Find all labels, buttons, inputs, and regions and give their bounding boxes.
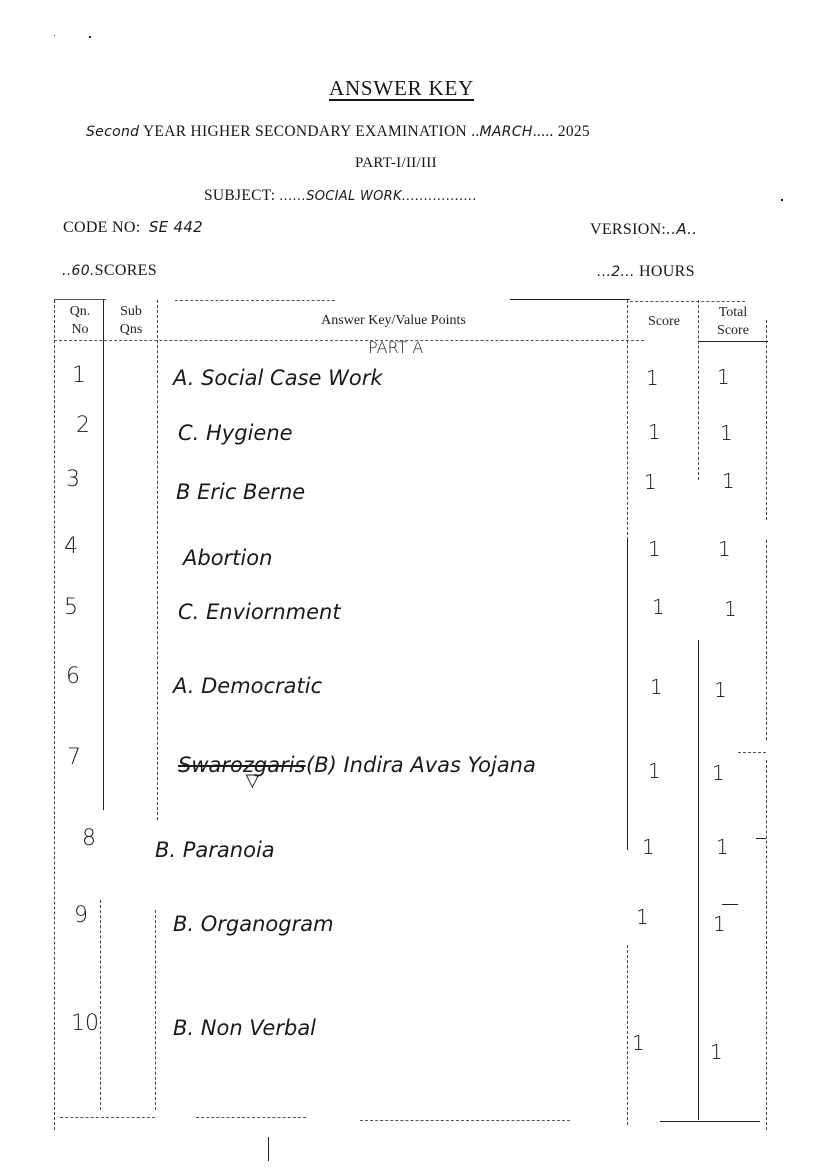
question-number: 3: [66, 467, 80, 492]
scores-label: SCORES: [95, 262, 157, 279]
answer-value: B. Organogram: [173, 912, 334, 936]
question-number: 10: [71, 1011, 99, 1036]
subject-value: ......SOCIAL WORK.................: [280, 189, 478, 204]
score-value: 1: [646, 366, 659, 390]
column-header-score: Score: [630, 313, 698, 331]
scan-speck: [54, 35, 55, 36]
table-border: [196, 1117, 306, 1118]
answer-value: B. Paranoia: [155, 838, 275, 862]
page-mark: [268, 1137, 269, 1161]
total-score-value: 1: [714, 678, 727, 702]
part-label: PART-I/II/III: [355, 155, 437, 172]
header-line: No: [58, 321, 102, 339]
answer-value: B Eric Berne: [176, 480, 305, 504]
hours-value: ...2...: [597, 264, 635, 280]
question-number: 1: [72, 363, 86, 388]
code-label: CODE NO:: [63, 219, 141, 236]
table-border: [722, 904, 738, 905]
table-border: [103, 300, 104, 810]
struck-answer: Swarozgaris: [178, 753, 306, 777]
score-value: 1: [650, 675, 663, 699]
column-header-sub: Sub Qns: [105, 303, 157, 339]
table-border: [698, 640, 699, 1120]
page-title: ANSWER KEY: [329, 76, 474, 101]
table-border: [627, 540, 628, 850]
table-border: [360, 1120, 570, 1121]
table-border: [630, 301, 745, 302]
question-number: 6: [66, 664, 80, 689]
total-score-value: 1: [716, 835, 729, 859]
total-score-value: 1: [718, 537, 731, 561]
subject-label: SUBJECT:: [204, 187, 275, 204]
table-border: [660, 1121, 760, 1122]
table-border: [100, 900, 101, 1110]
question-number: 7: [67, 745, 81, 770]
exam-line: Second YEAR HIGHER SECONDARY EXAMINATION…: [86, 123, 590, 141]
score-value: 1: [648, 759, 661, 783]
scores-line: ..60.SCORES: [62, 262, 157, 280]
exam-title-text: YEAR HIGHER SECONDARY EXAMINATION: [143, 123, 467, 140]
column-header-qn: Qn. No: [58, 303, 102, 339]
total-score-value: 1: [720, 421, 733, 445]
score-value: 1: [642, 835, 655, 859]
exam-year-handwritten: Second: [86, 124, 139, 140]
table-border: [54, 340, 644, 341]
section-label: PART A: [368, 338, 423, 357]
table-border: [766, 760, 767, 1130]
table-border: [155, 910, 156, 1110]
scan-speck: [781, 199, 783, 201]
table-border: [766, 320, 767, 520]
scores-value: ..60.: [62, 263, 95, 279]
insertion-caret-icon: ▽: [246, 770, 260, 791]
month-prefix: ..: [471, 123, 479, 140]
header-line: Qns: [105, 321, 157, 339]
column-header-total: Total Score: [700, 304, 766, 340]
question-number: 9: [74, 903, 88, 928]
version-value: ..A..: [666, 220, 697, 238]
question-number: 2: [76, 413, 90, 438]
total-score-value: 1: [717, 365, 730, 389]
version-label: VERSION:: [590, 221, 666, 238]
score-value: 1: [652, 595, 665, 619]
score-value: 1: [632, 1031, 645, 1055]
hours-label: HOURS: [639, 263, 695, 280]
score-value: 1: [636, 905, 649, 929]
table-border: [766, 540, 767, 740]
total-score-value: 1: [722, 469, 735, 493]
table-border: [54, 300, 55, 1130]
answer-value: A. Democratic: [173, 674, 322, 698]
total-score-value: 1: [713, 912, 726, 936]
header-line: Score: [700, 322, 766, 340]
question-number: 5: [64, 595, 78, 620]
table-border: [738, 752, 766, 753]
table-border: [698, 300, 699, 480]
header-line: Total: [700, 304, 766, 322]
table-border: [510, 299, 630, 300]
table-border: [175, 300, 335, 301]
corrected-answer: (B) Indira Avas Yojana: [299, 753, 536, 777]
total-score-value: 1: [724, 597, 737, 621]
code-line: CODE NO: SE 442: [63, 218, 203, 237]
question-number: 4: [64, 534, 78, 559]
answer-value: B. Non Verbal: [173, 1016, 316, 1040]
answer-value: Swarozgaris▽ (B) Indira Avas Yojana: [178, 753, 536, 777]
header-line: Sub: [105, 303, 157, 321]
subject-line: SUBJECT: ......SOCIAL WORK..............…: [204, 187, 477, 205]
answer-value: A. Social Case Work: [173, 366, 383, 390]
table-border: [157, 300, 158, 820]
score-value: 1: [648, 537, 661, 561]
table-border: [627, 300, 628, 540]
scan-speck: [89, 36, 91, 38]
hours-line: ...2... HOURS: [597, 263, 695, 281]
table-border: [698, 341, 768, 342]
code-value: SE 442: [149, 218, 203, 236]
table-border: [756, 838, 766, 839]
answer-value: Abortion: [183, 546, 272, 570]
exam-month-handwritten: MARCH: [480, 124, 533, 140]
header-line: Qn.: [58, 303, 102, 321]
table-border: [54, 299, 106, 300]
answer-value: C. Enviornment: [178, 600, 341, 624]
total-score-value: 1: [710, 1040, 723, 1064]
score-value: 1: [648, 420, 661, 444]
version-line: VERSION:..A..: [590, 220, 697, 239]
total-score-value: 1: [712, 761, 725, 785]
column-header-answer: Answer Key/Value Points: [160, 312, 627, 330]
score-value: 1: [644, 470, 657, 494]
table-border: [60, 1117, 155, 1118]
exam-year-suffix: ..... 2025: [533, 123, 590, 140]
answer-value: C. Hygiene: [178, 421, 293, 445]
table-border: [627, 945, 628, 1125]
question-number: 8: [82, 826, 96, 851]
